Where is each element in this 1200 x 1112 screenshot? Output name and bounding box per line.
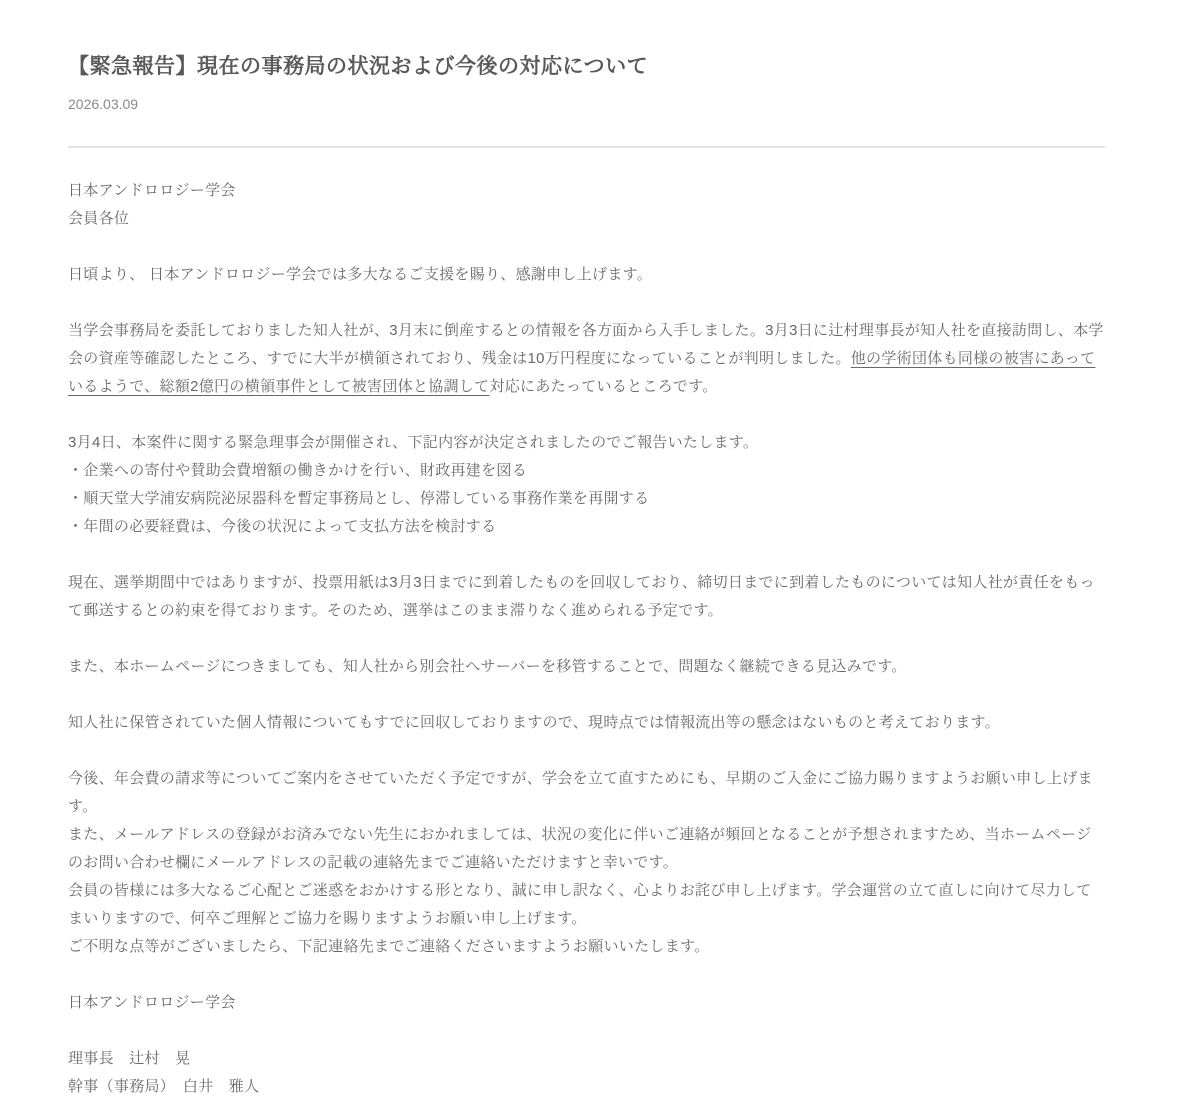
incident-paragraph: 当学会事務局を委託しておりました知人社が、3月末に倒産するとの情報を各方面から入… (68, 317, 1105, 401)
post-date: 2026.03.09 (68, 95, 1105, 113)
board-meeting-block: 3月4日、本案件に関する緊急理事会が開催され、下記内容が決定されましたのでご報告… (68, 429, 1105, 541)
article-body: 日本アンドロロジー学会 会員各位 日頃より、 日本アンドロロジー学会では多大なる… (68, 177, 1105, 1101)
signature-secretary: 幹事（事務局） 白井 雅人 (68, 1073, 1105, 1101)
signature-president: 理事長 辻村 晃 (68, 1045, 1105, 1073)
closing-line: 会員の皆様には多大なるご心配とご迷惑をおかけする形となり、誠に申し訳なく、心より… (68, 877, 1105, 933)
decision-item: ・順天堂大学浦安病院泌尿器科を暫定事務局とし、停滞している事務作業を再開する (68, 485, 1105, 513)
incident-text-after: 対応にあたっているところです。 (489, 378, 717, 395)
closing-line: ご不明な点等がございましたら、下記連絡先までご連絡くださいますようお願いいたしま… (68, 933, 1105, 961)
signature-block: 理事長 辻村 晃 幹事（事務局） 白井 雅人 (68, 1045, 1105, 1101)
personal-info-paragraph: 知人社に保管されていた個人情報についてもすでに回収しておりますので、現時点では情… (68, 709, 1105, 737)
election-paragraph: 現在、選挙期間中ではありますが、投票用紙は3月3日までに到着したものを回収してお… (68, 569, 1105, 625)
greeting-paragraph: 日頃より、 日本アンドロロジー学会では多大なるご支援を賜り、感謝申し上げます。 (68, 261, 1105, 289)
decision-item: ・企業への寄付や賛助会費増額の働きかけを行い、財政再建を図る (68, 457, 1105, 485)
closing-block: 今後、年会費の請求等についてご案内をさせていただく予定ですが、学会を立て直すため… (68, 765, 1105, 961)
divider (68, 146, 1105, 148)
closing-line: 今後、年会費の請求等についてご案内をさせていただく予定ですが、学会を立て直すため… (68, 765, 1105, 821)
board-meeting-intro: 3月4日、本案件に関する緊急理事会が開催され、下記内容が決定されましたのでご報告… (68, 429, 1105, 457)
closing-line: また、メールアドレスの登録がお済みでない先生におかれましては、状況の変化に伴いご… (68, 821, 1105, 877)
article-page: 【緊急報告】現在の事務局の状況および今後の対応について 2026.03.09 日… (0, 0, 1200, 1101)
decision-item: ・年間の必要経費は、今後の状況によって支払方法を検討する (68, 513, 1105, 541)
website-paragraph: また、本ホームページにつきましても、知人社から別会社へサーバーを移管することで、… (68, 653, 1105, 681)
signature-org: 日本アンドロロジー学会 (68, 989, 1105, 1017)
page-title: 【緊急報告】現在の事務局の状況および今後の対応について (68, 53, 1105, 81)
salutation-block: 日本アンドロロジー学会 会員各位 (68, 177, 1105, 233)
salutation-org: 日本アンドロロジー学会 (68, 177, 1105, 205)
salutation-members: 会員各位 (68, 205, 1105, 233)
